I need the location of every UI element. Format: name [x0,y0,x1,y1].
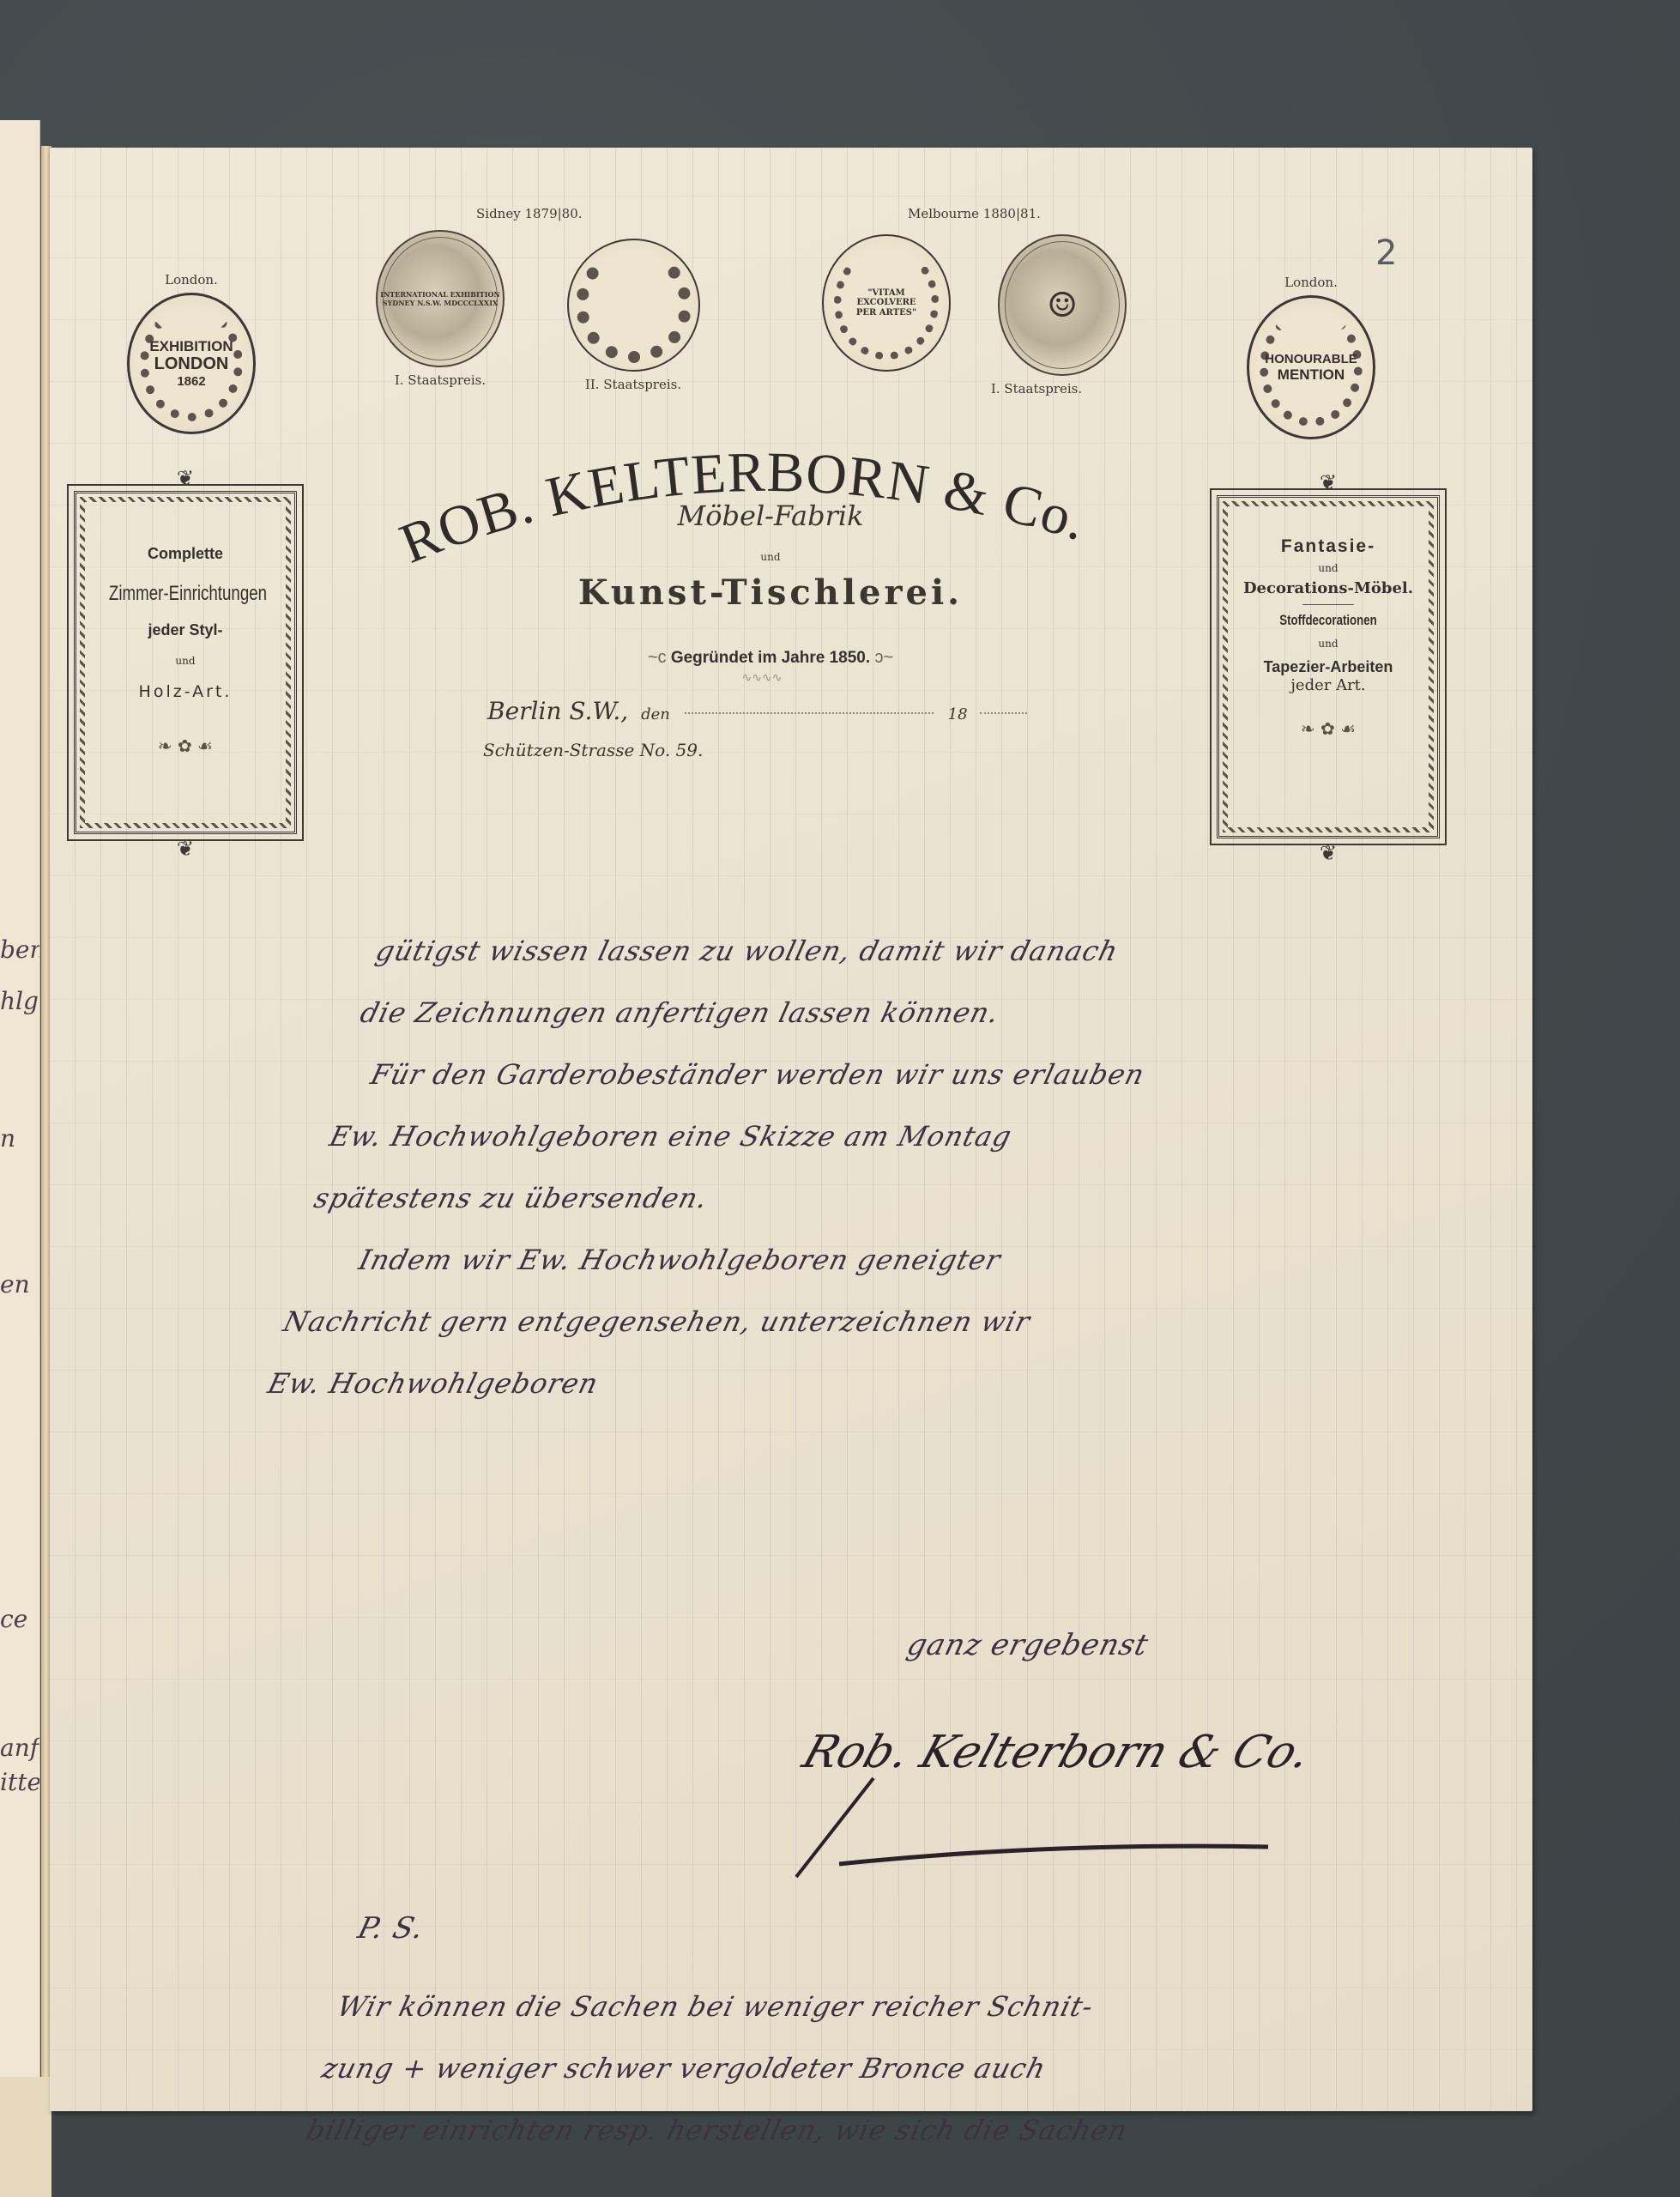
adjacent-fragment: hlg [0,987,39,1015]
postscript-body: Wir können die Sachen bei weniger reiche… [299,1976,1165,2161]
body-line: die Zeichnungen anfertigen lassen können… [354,982,1168,1044]
medal-london-1862: London. EXHIBITION LONDON 1862 [118,272,264,434]
medal-wreath [567,239,700,372]
year-blank [980,712,1027,714]
body-line: gütigst wissen lassen zu wollen, damit w… [369,920,1183,982]
place-date-line: Berlin S.W., den 18 [487,697,1027,725]
subtitle-moebel-fabrik: Möbel-Fabrik [530,499,1011,532]
ornament-top-icon: ❦ [177,466,194,490]
founded-text: Gegründet im Jahre 1850. [671,649,870,667]
body-line: Ew. Hochwohlgeboren eine Skizze am Monta… [323,1105,1137,1167]
subtitle-kunst-tischlerei: Kunst-Tischlerei. [530,572,1011,613]
medal-portrait: ☺ [998,234,1127,376]
year-prefix: 18 [948,705,968,723]
medal-engraved: INTERNATIONAL EXHIBITION SYDNEY N.S.W. M… [376,230,505,367]
place-text: Berlin S.W., [487,697,628,725]
right-service-box: ❦ Fantasie- und Decorations-Möbel. Stoff… [1217,495,1440,838]
postscript-line: Wir können die Sachen bei weniger reiche… [330,1976,1166,2037]
medal-wreath: "VITAM EXCOLVERE PER ARTES" [822,234,951,372]
flourish-right-icon: ɔ~ [874,648,893,667]
squiggle-divider-icon: ∿∿∿∿ [736,671,788,685]
postscript-label: P. S. [354,1911,427,1946]
den-text: den [641,705,670,723]
flourish-left-icon: ~c [648,648,667,667]
adjacent-fragment: n [0,1124,15,1153]
fruit-wreath-icon [576,247,692,363]
medal-sydney-first: INTERNATIONAL EXHIBITION SYDNEY N.S.W. M… [363,225,517,388]
medal-bottom-label: I. Staatspreis. [363,372,517,388]
divider [1302,604,1354,605]
body-line: Indem wir Ew. Hochwohlgeboren geneigter [292,1229,1106,1291]
medal-melbourne-vitam: "VITAM EXCOLVERE PER ARTES" [813,229,959,372]
letter-sheet: 2 Sidney 1879|80. Melbourne 1880|81. Lon… [50,148,1532,2111]
portrait-icon: ☺ [1047,283,1078,328]
body-line: spätestens zu übersenden. [307,1167,1121,1229]
left-service-box: ❦ Complette Zimmer-Einrichtungen jeder S… [74,491,297,834]
founded-line: ~c Gegründet im Jahre 1850. ɔ~ [530,648,1011,668]
postscript-line: billiger einrichten resp. herstellen, wi… [299,2099,1135,2161]
adjacent-page-edge: ben hlg n en ce anf itte [0,120,40,2085]
date-blank [685,712,934,714]
adjacent-fragment: ce [0,1605,27,1633]
medal-bottom-label: II. Staatspreis. [556,377,710,392]
melbourne-label: Melbourne 1880|81. [908,206,1041,221]
ornament-bottom-icon: ❦ [177,837,194,861]
medal-seal: EXHIBITION LONDON 1862 [127,293,256,434]
ornament-scroll-icon: ❧ ✿ ☙ [76,735,294,756]
closing-phrase: ganz ergebenst [903,1628,1152,1662]
ornament-top-icon: ❦ [1320,470,1337,494]
sidney-label: Sidney 1879|80. [476,206,583,221]
adjacent-fragment: anf [0,1734,39,1762]
street-address: Schützen-Strasse No. 59. [483,740,703,760]
medal-bottom-label: I. Staatspreis. [934,381,1139,396]
page-number: 2 [1375,233,1397,273]
medal-seal: HONOURABLE MENTION [1247,295,1375,439]
body-line: Nachricht gern entgegensehen, unterzeich… [276,1291,1091,1353]
postscript-line: zung + weniger schwer vergoldeter Bronce… [315,2037,1151,2099]
binding-tab [0,2077,51,2197]
adjacent-fragment: itte [0,1768,40,1796]
letter-body: gütigst wissen lassen zu wollen, damit w… [261,920,1182,1414]
medal-top-label: London. [118,272,264,287]
signature-flourish-icon [788,1761,1302,1881]
adjacent-fragment: en [0,1270,30,1298]
subtitle-und: und [530,551,1011,563]
medal-melbourne-portrait: ☺ I. Staatspreis. [985,229,1139,396]
body-line: Ew. Hochwohlgeboren [261,1353,1075,1414]
medal-honourable-mention: London. HONOURABLE MENTION [1238,275,1384,439]
body-line: Für den Garderobeständer werden wir uns … [338,1044,1152,1105]
medal-sydney-second: II. Staatspreis. [556,233,710,392]
ornament-bottom-icon: ❦ [1320,841,1337,865]
adjacent-fragment: ben [0,935,40,964]
ornament-scroll-icon: ❧ ✿ ☙ [1219,718,1437,739]
medal-top-label: London. [1238,275,1384,290]
